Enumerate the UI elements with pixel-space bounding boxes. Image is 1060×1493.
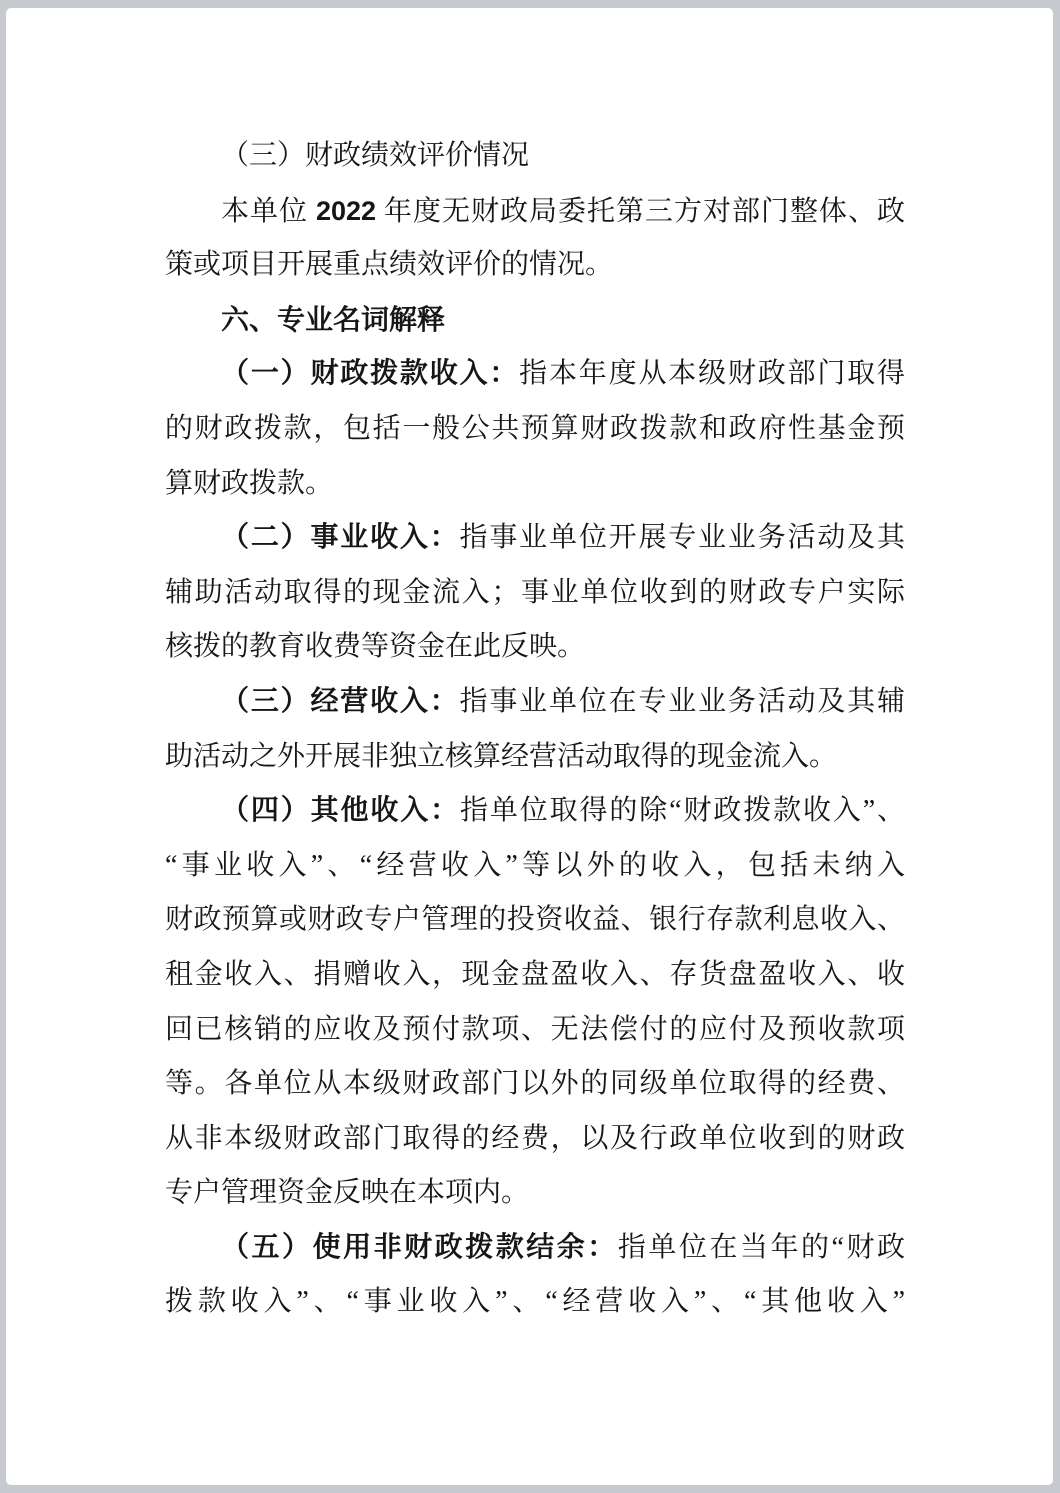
text-run: 指本年度从本级财政部门取得 [519,358,905,389]
term-label: （三）经营收入： [221,686,460,717]
text-run: 财政预算或财政专户管理的投资收益、银行存款利息收入、 [165,904,905,935]
term-label: （五）使用非财政拨款结余： [221,1232,618,1263]
text-line: “事业收入”、“经营收入”等以外的收入，包括未纳入 [165,839,905,894]
text-line: 拨款收入”、“事业收入”、“经营收入”、“其他收入” [165,1275,905,1330]
text-run: 的财政拨款，包括一般公共预算财政拨款和政府性基金预 [165,413,905,444]
term-label: （四）其他收入： [221,795,460,826]
text-line: 回已核销的应收及预付款项、无法偿付的应付及预收款项 [165,1003,905,1058]
text-line: （二）事业收入：指事业单位开展专业业务活动及其 [221,511,905,566]
text-run: 拨款收入”、“事业收入”、“经营收入”、“其他收入” [165,1286,905,1317]
text-run: 核拨的教育收费等资金在此反映。 [165,631,585,662]
text-run: 策或项目开展重点绩效评价的情况。 [165,249,613,280]
year-number: 2022 [316,196,376,226]
text-line: 策或项目开展重点绩效评价的情况。 [165,238,905,293]
text-run: 回已核销的应收及预付款项、无法偿付的应付及预收款项 [165,1014,905,1045]
text-line: （四）其他收入：指单位取得的除“财政拨款收入”、 [221,784,905,839]
text-run: 指事业单位在专业业务活动及其辅 [460,686,905,717]
term-label: （二）事业收入： [221,522,460,553]
text-line: （三）经营收入：指事业单位在专业业务活动及其辅 [221,675,905,730]
text-run: 专户管理资金反映在本项内。 [165,1177,529,1208]
text-line: 财政预算或财政专户管理的投资收益、银行存款利息收入、 [165,893,905,948]
text-line: 等。各单位从本级财政部门以外的同级单位取得的经费、 [165,1057,905,1112]
text-run: 指事业单位开展专业业务活动及其 [460,522,905,553]
text-run: 指单位在当年的“财政 [618,1232,905,1263]
text-line: 的财政拨款，包括一般公共预算财政拨款和政府性基金预 [165,402,905,457]
text-line: 专户管理资金反映在本项内。 [165,1166,905,1221]
text-line: （三）财政绩效评价情况 [221,129,905,184]
text-run: 租金收入、捐赠收入，现金盘盈收入、存货盘盈收入、收 [165,959,905,990]
text-line: 助活动之外开展非独立核算经营活动取得的现金流入。 [165,730,905,785]
text-run: 等。各单位从本级财政部门以外的同级单位取得的经费、 [165,1068,905,1099]
text-run: （三）财政绩效评价情况 [221,140,529,171]
text-run: 指单位取得的除“财政拨款收入”、 [460,795,905,826]
text-line: 从非本级财政部门取得的经费，以及行政单位收到的财政 [165,1112,905,1167]
text-line: 本单位 2022 年度无财政局委托第三方对部门整体、政 [221,184,905,239]
text-line: 租金收入、捐赠收入，现金盘盈收入、存货盘盈收入、收 [165,948,905,1003]
term-label: （一）财政拨款收入： [221,358,519,389]
text-run: 辅助活动取得的现金流入；事业单位收到的财政专户实际 [165,577,905,608]
text-run: 算财政拨款。 [165,468,333,499]
document-page: （三）财政绩效评价情况本单位 2022 年度无财政局委托第三方对部门整体、政策或… [6,8,1053,1485]
text-run: 从非本级财政部门取得的经费，以及行政单位收到的财政 [165,1123,905,1154]
text-run: 年度无财政局委托第三方对部门整体、政 [376,196,905,227]
text-line: 算财政拨款。 [165,457,905,512]
text-line: 辅助活动取得的现金流入；事业单位收到的财政专户实际 [165,566,905,621]
text-run: “事业收入”、“经营收入”等以外的收入，包括未纳入 [165,850,905,881]
text-line: 六、专业名词解释 [221,293,905,348]
section-heading: 六、专业名词解释 [221,304,445,335]
text-run: 本单位 [221,196,316,227]
text-run: 助活动之外开展非独立核算经营活动取得的现金流入。 [165,741,837,772]
text-line: 核拨的教育收费等资金在此反映。 [165,620,905,675]
screenshot-root: { "theme": { "frame_color": "#c6c9cd", "… [0,0,1060,1493]
text-line: （一）财政拨款收入：指本年度从本级财政部门取得 [221,347,905,402]
document-body: （三）财政绩效评价情况本单位 2022 年度无财政局委托第三方对部门整体、政策或… [165,129,905,1330]
text-line: （五）使用非财政拨款结余：指单位在当年的“财政 [221,1221,905,1276]
